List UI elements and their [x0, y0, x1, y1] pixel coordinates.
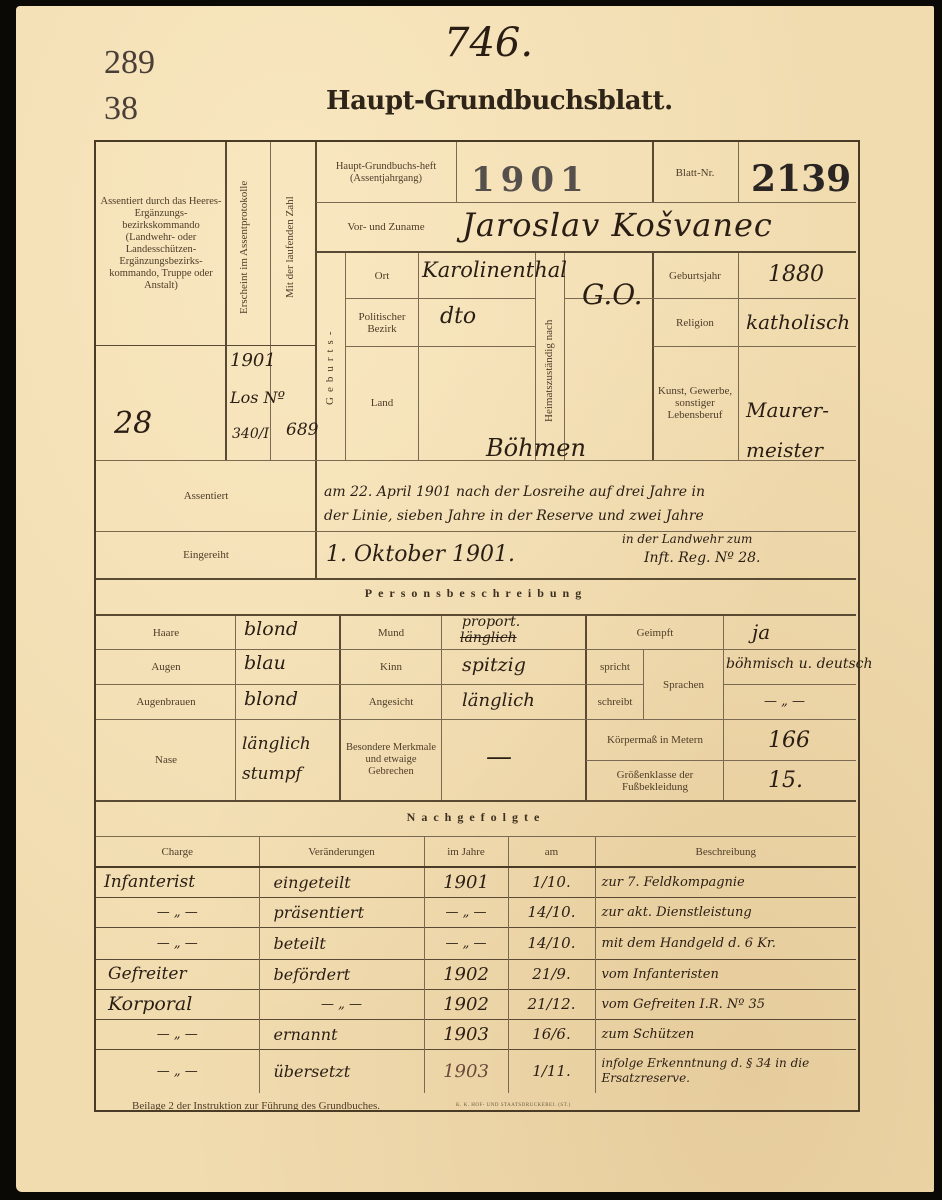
- religion-label: Religion: [654, 300, 736, 345]
- table-row: — „ — übersetzt 1903 1/11. infolge Erken…: [96, 1049, 856, 1093]
- table-row: — „ — präsentiert — „ — 14/10. zur akt. …: [96, 897, 856, 927]
- augenbrauen-label: Augenbrauen: [98, 686, 234, 718]
- erscheint-los-value: Los Nº: [230, 388, 285, 407]
- schreibt-label: schreibt: [588, 686, 642, 718]
- assentiert-value-line1: am 22. April 1901 nach der Losreihe auf …: [324, 484, 705, 500]
- column-header-beschreibung: Beschreibung: [595, 837, 856, 867]
- table-row: — „ — beteilt — „ — 14/10. mit dem Handg…: [96, 927, 856, 959]
- veraenderung-cell: ernannt: [259, 1019, 424, 1049]
- heft-label: Haupt-Grundbuchs-heft (Assentjahrgang): [318, 146, 454, 200]
- assentiert-durch-label: Assentiert durch das Heeres-Ergänzungs-b…: [98, 146, 224, 342]
- jahr-cell: 1901: [424, 867, 508, 897]
- augen-label: Augen: [98, 651, 234, 683]
- fussbekleidung-label: Größenklasse der Fußbekleidung: [588, 762, 722, 799]
- am-cell: 21/9.: [508, 959, 595, 989]
- eingereiht-regiment-value: Inft. Reg. Nº 28.: [644, 550, 761, 566]
- beschreibung-cell: zur 7. Feldkompagnie: [595, 867, 856, 897]
- footer-note: Beilage 2 der Instruktion zur Führung de…: [132, 1100, 380, 1112]
- merkmale-value: —: [486, 742, 512, 772]
- beschreibung-cell: zur akt. Dienstleistung: [595, 897, 856, 927]
- koerpermass-value: 166: [768, 728, 810, 753]
- am-cell: 14/10.: [508, 927, 595, 959]
- am-cell: 1/10.: [508, 867, 595, 897]
- mund-struck-value: länglich: [460, 630, 517, 646]
- charge-cell: Gefreiter: [96, 959, 259, 989]
- land-label: Land: [347, 348, 417, 458]
- geimpft-label: Geimpft: [588, 617, 722, 648]
- merkmale-label: Besondere Merkmale und etwaige Gebrechen: [342, 721, 440, 799]
- geburtsjahr-value: 1880: [768, 262, 824, 287]
- assentiert-value-line2: der Linie, sieben Jahre in der Reserve u…: [324, 508, 704, 524]
- land-value: Böhmen: [486, 434, 586, 462]
- veraenderung-cell: befördert: [259, 959, 424, 989]
- jahr-cell: 1902: [424, 959, 508, 989]
- geburts-label: Geburts-: [324, 306, 336, 426]
- mund-value: proport.: [462, 614, 520, 630]
- erscheint-label: Erscheint im Assentprotokolle: [238, 154, 250, 340]
- bezirk-value: dto: [440, 304, 476, 329]
- column-header-veraenderungen: Veränderungen: [259, 837, 424, 867]
- charge-cell: Infanterist: [96, 867, 259, 897]
- heimat-label: Heimatszuständig nach: [543, 296, 555, 446]
- angesicht-label: Angesicht: [342, 686, 440, 718]
- assentiert-label: Assentiert: [98, 462, 314, 530]
- am-cell: 21/12.: [508, 989, 595, 1019]
- spricht-label: spricht: [588, 651, 642, 683]
- handwritten-sheet-number: 746.: [444, 20, 533, 66]
- page-title: Haupt-Grundbuchsblatt.: [326, 86, 673, 116]
- geburtsjahr-label: Geburtsjahr: [654, 254, 736, 297]
- blatt-value: 2139: [751, 158, 851, 200]
- beschreibung-cell: vom Gefreiten I.R. Nº 35: [595, 989, 856, 1019]
- veraenderung-cell: — „ —: [259, 989, 424, 1019]
- document-page: 289 38 746. Haupt-Grundbuchsblatt. Assen…: [16, 6, 934, 1192]
- jahr-cell: 1902: [424, 989, 508, 1019]
- laufende-zahl-label: Mit der laufenden Zahl: [284, 154, 296, 340]
- charge-cell: Korporal: [96, 989, 259, 1019]
- nachgefolgte-table: Charge Veränderungen im Jahre am Beschre…: [96, 837, 856, 1093]
- eingereiht-value: 1. Oktober 1901.: [326, 542, 515, 567]
- jahr-cell: 1903: [424, 1049, 508, 1093]
- koerpermass-label: Körpermaß in Metern: [588, 721, 722, 759]
- beschreibung-cell: mit dem Handgeld d. 6 Kr.: [595, 927, 856, 959]
- column-header-charge: Charge: [96, 837, 259, 867]
- veraenderung-cell: eingeteilt: [259, 867, 424, 897]
- haare-value: blond: [244, 618, 298, 640]
- veraenderung-cell: übersetzt: [259, 1049, 424, 1093]
- blatt-label: Blatt-Nr.: [654, 146, 736, 200]
- name-label: Vor- und Zuname: [318, 204, 454, 250]
- column-header-am: am: [508, 837, 595, 867]
- nase-value-2: stumpf: [242, 764, 302, 784]
- beschreibung-cell: infolge Erkenntnung d. § 34 in die Ersat…: [595, 1049, 856, 1093]
- personsbeschreibung-title: Personsbeschreibung: [96, 586, 856, 601]
- name-value: Jaroslav Košvanec: [462, 206, 773, 244]
- jahr-cell: 1903: [424, 1019, 508, 1049]
- spricht-value: böhmisch u. deutsch: [726, 656, 873, 672]
- am-cell: 14/10.: [508, 897, 595, 927]
- charge-cell: — „ —: [96, 897, 259, 927]
- veraenderung-cell: beteilt: [259, 927, 424, 959]
- ort-label: Ort: [347, 254, 417, 297]
- eingereiht-label: Eingereiht: [98, 533, 314, 577]
- kinn-label: Kinn: [342, 651, 440, 683]
- nase-value-1: länglich: [242, 734, 311, 754]
- nase-label: Nase: [98, 721, 234, 799]
- geimpft-value: ja: [752, 620, 770, 644]
- kinn-value: spitzig: [462, 654, 526, 676]
- erscheint-num-value: 340/I: [232, 426, 269, 442]
- charge-cell: — „ —: [96, 1019, 259, 1049]
- laufende-zahl-value: 689: [286, 420, 318, 440]
- stamp-number-top: 289: [104, 44, 155, 82]
- augen-value: blau: [244, 652, 286, 674]
- angesicht-value: länglich: [462, 690, 535, 711]
- beruf-value: Maurer-meister: [746, 390, 846, 470]
- charge-cell: — „ —: [96, 927, 259, 959]
- table-row: Korporal — „ — 1902 21/12. vom Gefreiten…: [96, 989, 856, 1019]
- beschreibung-cell: vom Infanteristen: [595, 959, 856, 989]
- haare-label: Haare: [98, 617, 234, 648]
- assentiert-value-line3: in der Landwehr zum: [622, 532, 752, 546]
- mund-label: Mund: [342, 617, 440, 648]
- stamp-number-bottom: 38: [104, 90, 138, 128]
- assentiert-durch-value: 28: [114, 406, 152, 441]
- schreibt-value: — „ —: [764, 694, 805, 709]
- sprachen-label: Sprachen: [645, 651, 722, 718]
- table-row: — „ — ernannt 1903 16/6. zum Schützen: [96, 1019, 856, 1049]
- bezirk-label: Politischer Bezirk: [347, 300, 417, 345]
- erscheint-year-value: 1901: [230, 350, 276, 371]
- ort-value: Karolinenthal: [422, 258, 567, 282]
- religion-value: katholisch: [746, 310, 850, 334]
- am-cell: 1/11.: [508, 1049, 595, 1093]
- beschreibung-cell: zum Schützen: [595, 1019, 856, 1049]
- nachgefolgte-title: Nachgefolgte: [96, 810, 856, 825]
- heimat-value: G.O.: [582, 278, 642, 311]
- table-row: Infanterist eingeteilt 1901 1/10. zur 7.…: [96, 867, 856, 897]
- charge-cell: — „ —: [96, 1049, 259, 1093]
- veraenderung-cell: präsentiert: [259, 897, 424, 927]
- am-cell: 16/6.: [508, 1019, 595, 1049]
- jahr-cell: — „ —: [424, 927, 508, 959]
- beruf-label: Kunst, Gewerbe, sonstiger Lebensberuf: [654, 348, 736, 458]
- column-header-jahr: im Jahre: [424, 837, 508, 867]
- printer-imprint: K. K. HOF- UND STAATSDRUCKEREI. (ST.): [456, 1103, 571, 1108]
- fussbekleidung-value: 15.: [768, 768, 803, 793]
- table-row: Gefreiter befördert 1902 21/9. vom Infan…: [96, 959, 856, 989]
- heft-value: 1901: [471, 160, 590, 200]
- augenbrauen-value: blond: [244, 688, 298, 710]
- jahr-cell: — „ —: [424, 897, 508, 927]
